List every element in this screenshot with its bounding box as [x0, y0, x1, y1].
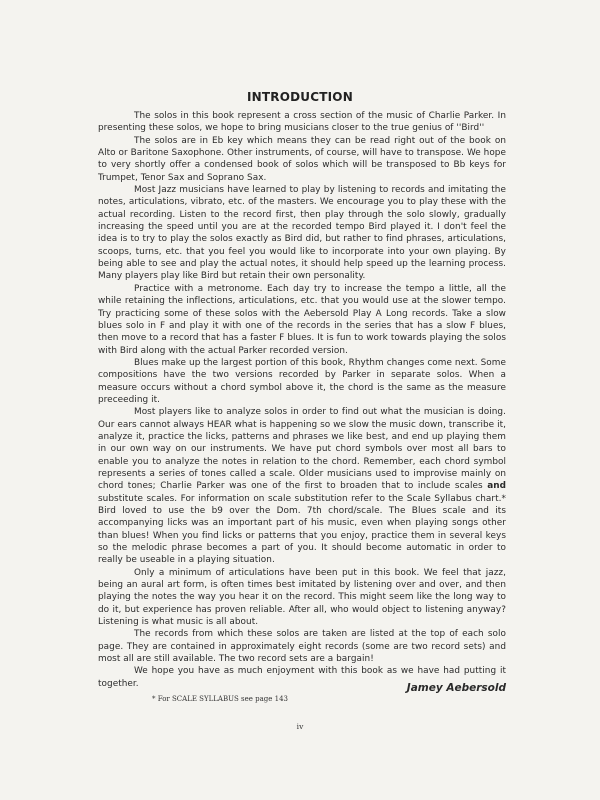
- author-signature: Jamey Aebersold: [407, 682, 506, 694]
- paragraph-2: The solos are in Eb key which means they…: [98, 135, 506, 184]
- paragraph-7: Only a minimum of articulations have bee…: [98, 567, 506, 629]
- page-title: INTRODUCTION: [0, 90, 600, 104]
- paragraph-6: Most players like to analyze solos in or…: [98, 406, 506, 566]
- footnote: * For SCALE SYLLABUS see page 143: [152, 695, 288, 703]
- body-text: The solos in this book represent a cross…: [98, 110, 506, 690]
- paragraph-4: Practice with a metronome. Each day try …: [98, 283, 506, 357]
- paragraph-1: The solos in this book represent a cross…: [98, 110, 506, 135]
- paragraph-8: The records from which these solos are t…: [98, 628, 506, 665]
- page-number: iv: [0, 722, 600, 731]
- paragraph-3: Most Jazz musicians have learned to play…: [98, 184, 506, 283]
- paragraph-5: Blues make up the largest portion of thi…: [98, 357, 506, 406]
- document-page: INTRODUCTION The solos in this book repr…: [0, 0, 600, 800]
